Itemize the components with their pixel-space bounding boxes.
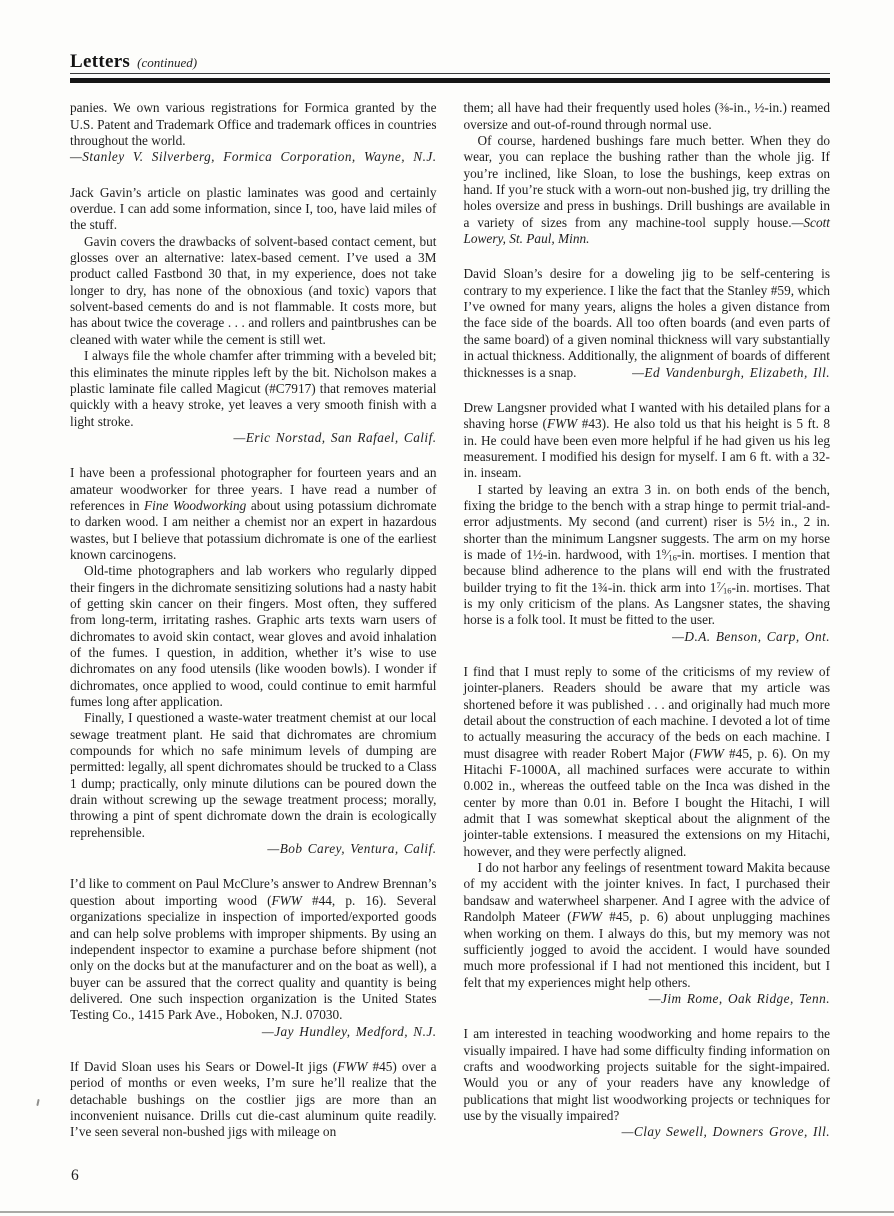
letter-paragraph: If David Sloan uses his Sears or Dowel-I… <box>70 1059 437 1141</box>
italic-text: FWW <box>337 1059 367 1074</box>
two-column-text: panies. We own various registrations for… <box>70 100 830 1159</box>
letter: I have been a professional photographer … <box>70 465 437 857</box>
page-content: Letters(continued) panies. We own variou… <box>70 54 830 1160</box>
letter: Drew Langsner provided what I wanted wit… <box>464 400 831 645</box>
letter-signature: —Jim Rome, Oak Ridge, Tenn. <box>635 991 830 1007</box>
scan-edge-line <box>0 1211 894 1213</box>
letter-paragraph: I have been a professional photographer … <box>70 465 437 563</box>
letter: David Sloan’s desire for a doweling jig … <box>464 266 831 380</box>
letter-paragraph: I find that I must reply to some of the … <box>464 664 831 860</box>
header-rule-thick <box>70 78 830 83</box>
letter-paragraph: I always file the whole chamfer after tr… <box>70 348 437 430</box>
scan-speck <box>36 1099 39 1106</box>
section-title: Letters <box>70 51 130 72</box>
letter-signature: —Bob Carey, Ventura, Calif. <box>70 841 437 857</box>
magazine-page: Letters(continued) panies. We own variou… <box>0 0 894 1216</box>
page-number: 6 <box>71 1168 79 1184</box>
italic-text: —Scott Lowery, St. Paul, Minn. <box>464 215 831 246</box>
italic-text: FWW <box>272 893 302 908</box>
header-rule-thin <box>70 73 830 74</box>
letter-paragraph: David Sloan’s desire for a doweling jig … <box>464 266 831 380</box>
letter: Jack Gavin’s article on plastic laminate… <box>70 185 437 447</box>
letter-paragraph: I do not harbor any feelings of resentme… <box>464 860 831 1007</box>
letter-paragraph: Finally, I questioned a waste-water trea… <box>70 710 437 841</box>
letter-paragraph: Old-time photographers and lab workers w… <box>70 563 437 710</box>
letter-signature: —Eric Norstad, San Rafael, Calif. <box>70 430 437 446</box>
letter-paragraph: panies. We own various registrations for… <box>70 100 437 149</box>
section-subtitle: (continued) <box>137 55 197 70</box>
page-header: Letters(continued) <box>70 54 830 83</box>
sup-text: 7 <box>716 580 720 590</box>
letter-paragraph: Jack Gavin’s article on plastic laminate… <box>70 185 437 234</box>
letter-paragraph: them; all have had their frequently used… <box>464 100 831 133</box>
sup-text: 9 <box>662 547 666 557</box>
letter-paragraph: I’d like to comment on Paul McClure’s an… <box>70 876 437 1023</box>
letter: them; all have had their frequently used… <box>464 100 831 247</box>
italic-text: Fine Woodworking <box>144 498 246 513</box>
letter-paragraph: I am interested in teaching woodworking … <box>464 1026 831 1124</box>
letter-paragraph: I started by leaving an extra 3 in. on b… <box>464 482 831 629</box>
italic-text: FWW <box>572 909 602 924</box>
italic-text: FWW <box>547 416 577 431</box>
letter-paragraph: Gavin covers the drawbacks of solvent-ba… <box>70 234 437 348</box>
letter-signature: —D.A. Benson, Carp, Ont. <box>464 629 831 645</box>
letter: I’d like to comment on Paul McClure’s an… <box>70 876 437 1039</box>
sub-text: 16 <box>723 585 732 595</box>
letter: I am interested in teaching woodworking … <box>464 1026 831 1140</box>
letter-signature: —Stanley V. Silverberg, Formica Corporat… <box>70 149 437 165</box>
letter-paragraph: Of course, hardened bushings fare much b… <box>464 133 831 247</box>
letter-signature: —Ed Vandenburgh, Elizabeth, Ill. <box>632 365 830 381</box>
column-right: them; all have had their frequently used… <box>464 100 831 1159</box>
letter: panies. We own various registrations for… <box>70 100 437 165</box>
letter-signature: —Clay Sewell, Downers Grove, Ill. <box>464 1124 831 1140</box>
italic-text: FWW <box>694 746 724 761</box>
column-left: panies. We own various registrations for… <box>70 100 437 1159</box>
letter: I find that I must reply to some of the … <box>464 664 831 1007</box>
letter: If David Sloan uses his Sears or Dowel-I… <box>70 1059 437 1141</box>
letter-paragraph: Drew Langsner provided what I wanted wit… <box>464 400 831 482</box>
header-line: Letters(continued) <box>70 54 830 71</box>
sub-text: 16 <box>668 552 677 562</box>
letter-signature: —Jay Hundley, Medford, N.J. <box>70 1024 437 1040</box>
